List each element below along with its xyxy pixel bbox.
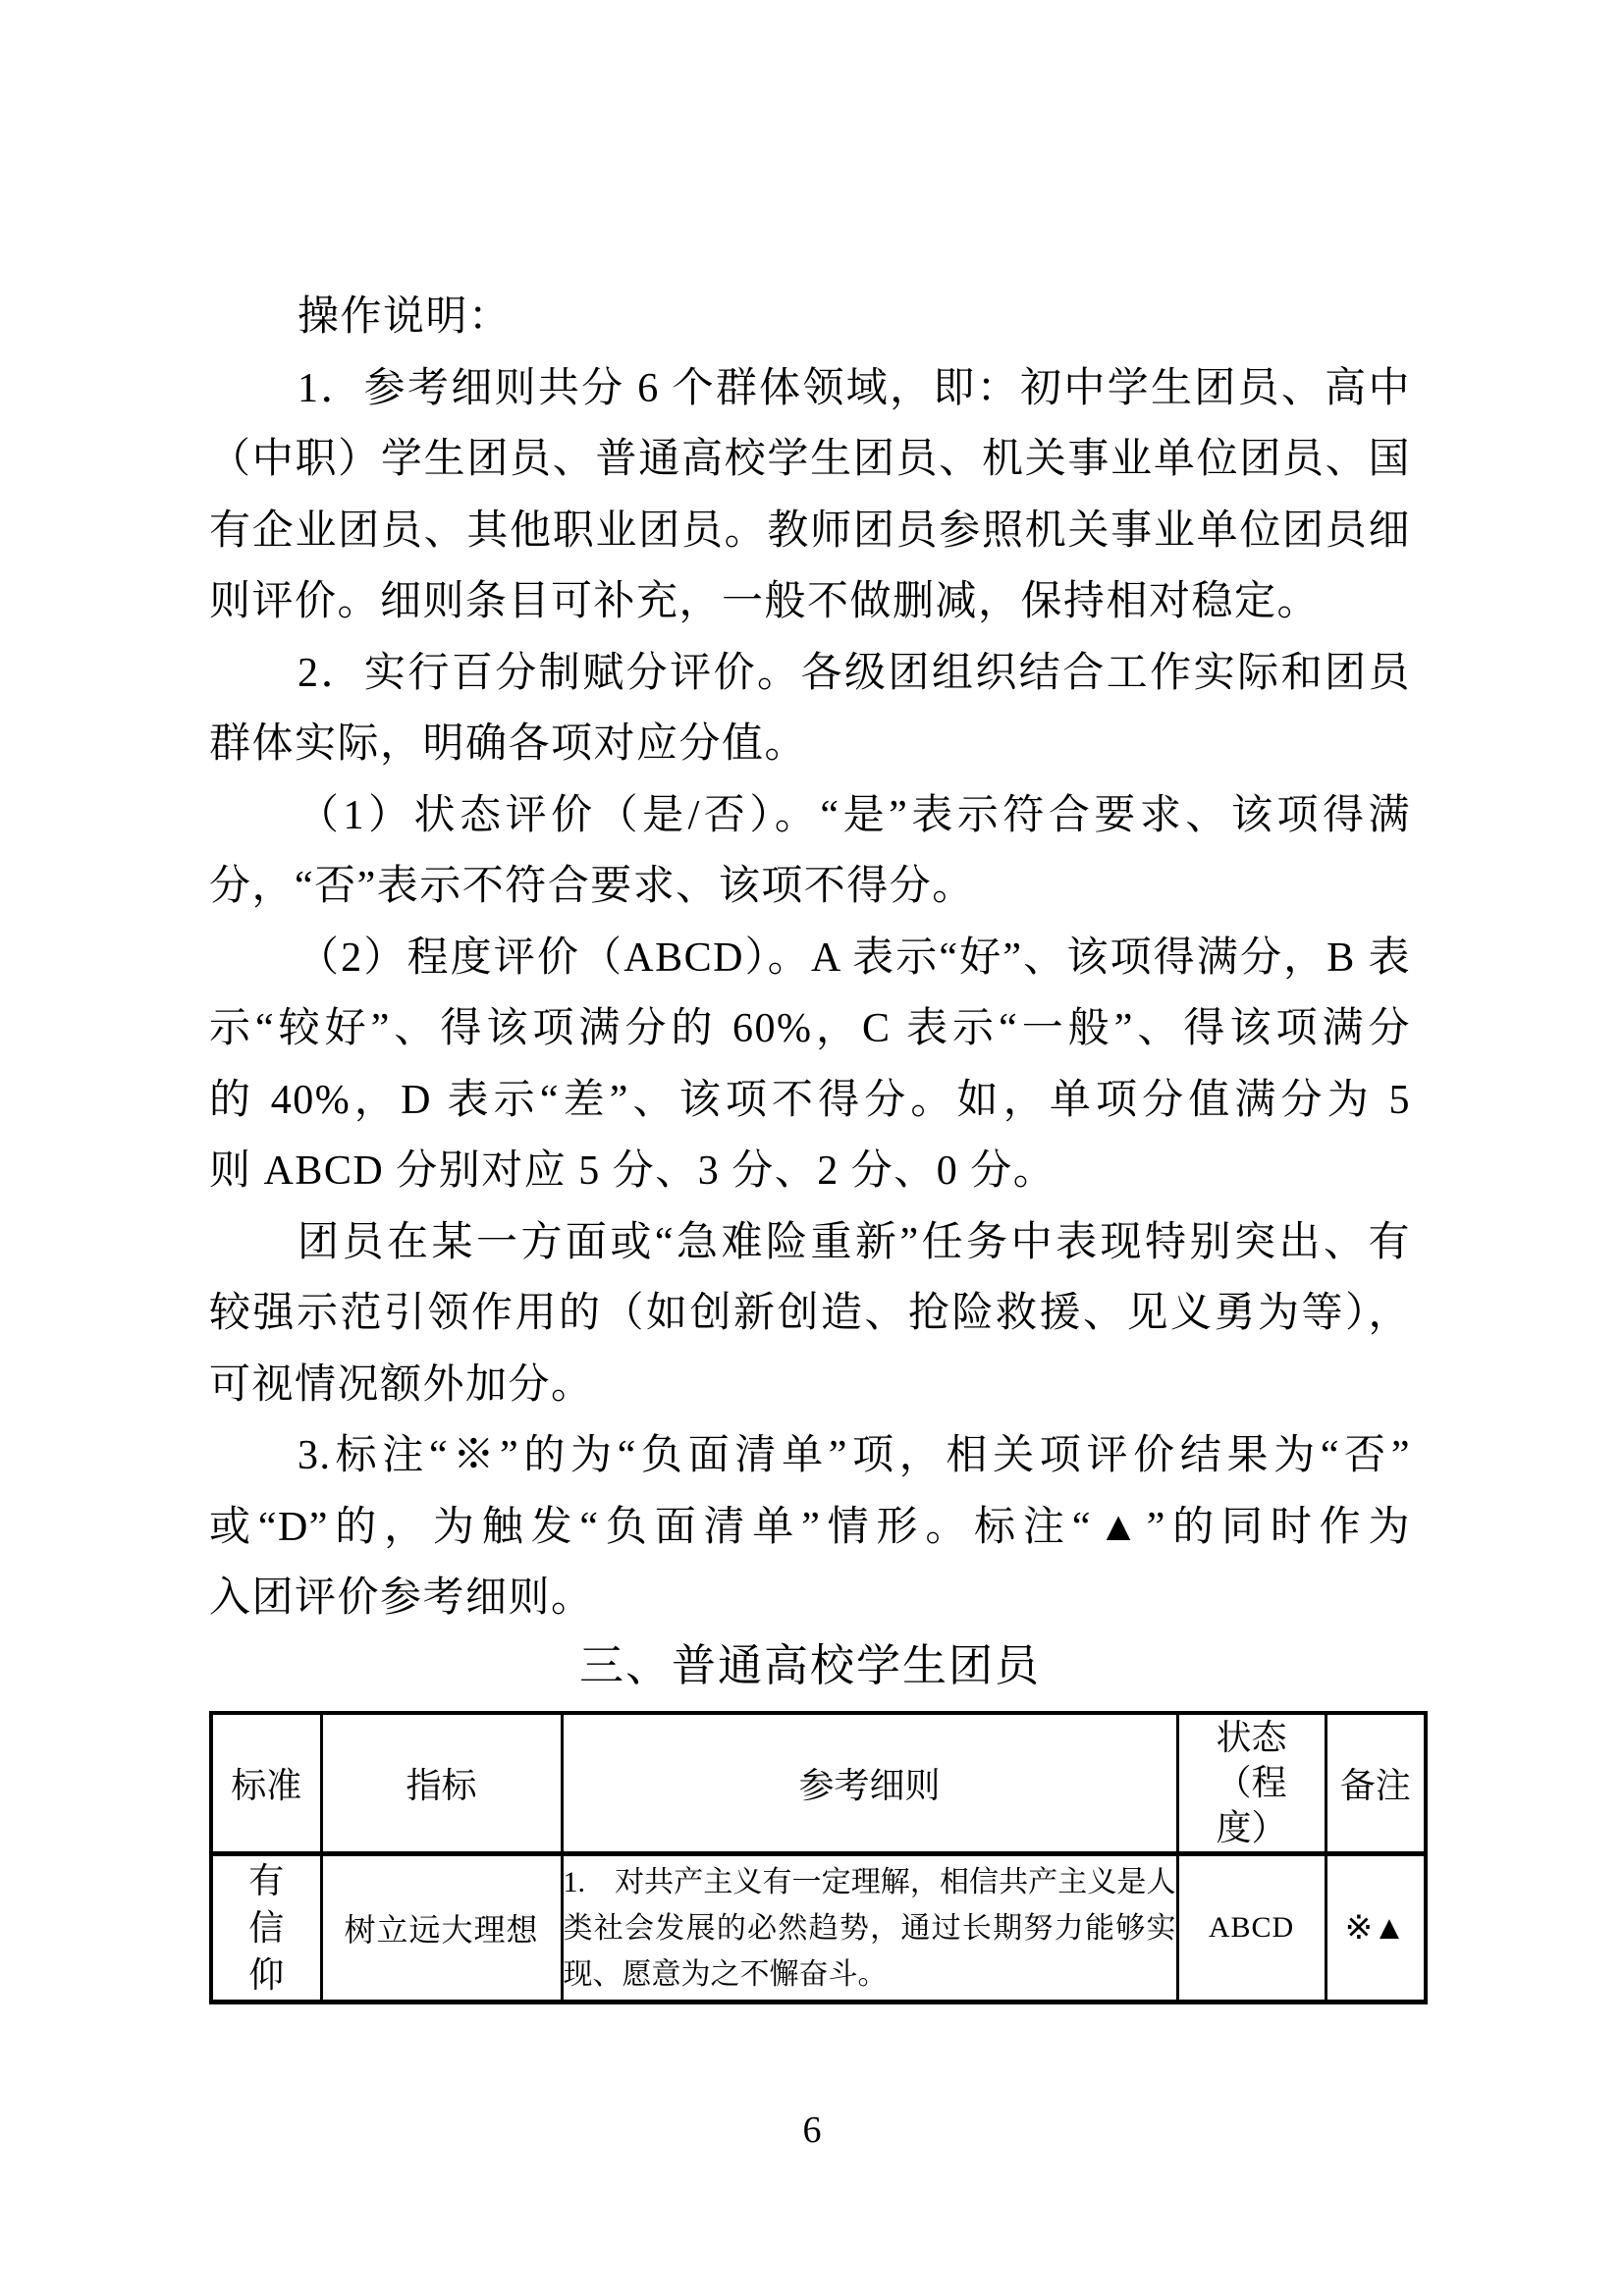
table-row: 有 信 仰 树立远大理想 1. 对共产主义有一定理解，相信共产主义是人类社会发展… <box>211 1854 1426 2002</box>
paragraph-line: 群体实际，明确各项对应分值。 <box>209 709 1411 780</box>
paragraph-line: 较强示范引领作用的（如创新创造、抢险救援、见义勇为等）， <box>209 1278 1411 1350</box>
paragraph-line: 1．参考细则共分 6 个群体领域，即：初中学生团员、高中 <box>209 353 1411 425</box>
paragraph-line: 团员在某一方面或“急难险重新”任务中表现特别突出、有 <box>209 1207 1411 1279</box>
col-header-indicator: 指标 <box>321 1713 562 1854</box>
table-header-row: 标准 指标 参考细则 状态 （程 度） 备注 <box>211 1713 1426 1854</box>
cell-indicator: 树立远大理想 <box>321 1854 562 2002</box>
paragraph-line: 可视情况额外加分。 <box>209 1350 1411 1421</box>
evaluation-table: 标准 指标 参考细则 状态 （程 度） 备注 有 信 仰 树立远大理想 1. 对… <box>209 1711 1428 2005</box>
cell-detail: 1. 对共产主义有一定理解，相信共产主义是人类社会发展的必然趋势，通过长期努力能… <box>562 1854 1177 2002</box>
text-block: 操作说明： 1．参考细则共分 6 个群体领域，即：初中学生团员、高中 （中职）学… <box>209 282 1411 2004</box>
paragraph-line: 示“较好”、得该项满分的 60%，C 表示“一般”、得该项满分 <box>209 993 1411 1065</box>
paragraph-line: 2．实行百分制赋分评价。各级团组织结合工作实际和团员 <box>209 638 1411 710</box>
paragraph-line: 3.标注“※”的为“负面清单”项，相关项评价结果为“否” <box>209 1420 1411 1492</box>
paragraph-line: 则 ABCD 分别对应 5 分、3 分、2 分、0 分。 <box>209 1136 1411 1207</box>
paragraph-line: 有企业团员、其他职业团员。教师团员参照机关事业单位团员细 <box>209 496 1411 567</box>
paragraph-line: 分，“否”表示不符合要求、该项不得分。 <box>209 851 1411 923</box>
cell-status: ABCD <box>1177 1854 1326 2002</box>
paragraph-line: 则评价。细则条目可补充，一般不做删减，保持相对稳定。 <box>209 566 1411 638</box>
col-header-remark: 备注 <box>1326 1713 1426 1854</box>
paragraph-line: 的 40%，D 表示“差”、该项不得分。如，单项分值满分为 5 分， <box>209 1065 1411 1137</box>
cell-standard: 有 信 仰 <box>211 1854 321 2002</box>
paragraph-line: （2）程度评价（ABCD）。A 表示“好”、该项得满分，B 表 <box>209 923 1411 994</box>
col-header-standard: 标准 <box>211 1713 321 1854</box>
page-number: 6 <box>0 2109 1624 2152</box>
document-page: 操作说明： 1．参考细则共分 6 个群体领域，即：初中学生团员、高中 （中职）学… <box>0 0 1624 2296</box>
paragraph-line: 操作说明： <box>209 282 1411 353</box>
paragraph-line: 或“D”的，为触发“负面清单”情形。标注“▲”的同时作为 <box>209 1492 1411 1564</box>
paragraph-line: （中职）学生团员、普通高校学生团员、机关事业单位团员、国 <box>209 424 1411 496</box>
paragraph-line: 入团评价参考细则。 <box>209 1563 1411 1634</box>
paragraph-line: （1）状态评价（是/否）。“是”表示符合要求、该项得满 <box>209 780 1411 852</box>
cell-remark: ※▲ <box>1326 1854 1426 2002</box>
col-header-status: 状态 （程 度） <box>1177 1713 1326 1854</box>
section-heading: 三、普通高校学生团员 <box>209 1634 1411 1711</box>
col-header-detail: 参考细则 <box>562 1713 1177 1854</box>
